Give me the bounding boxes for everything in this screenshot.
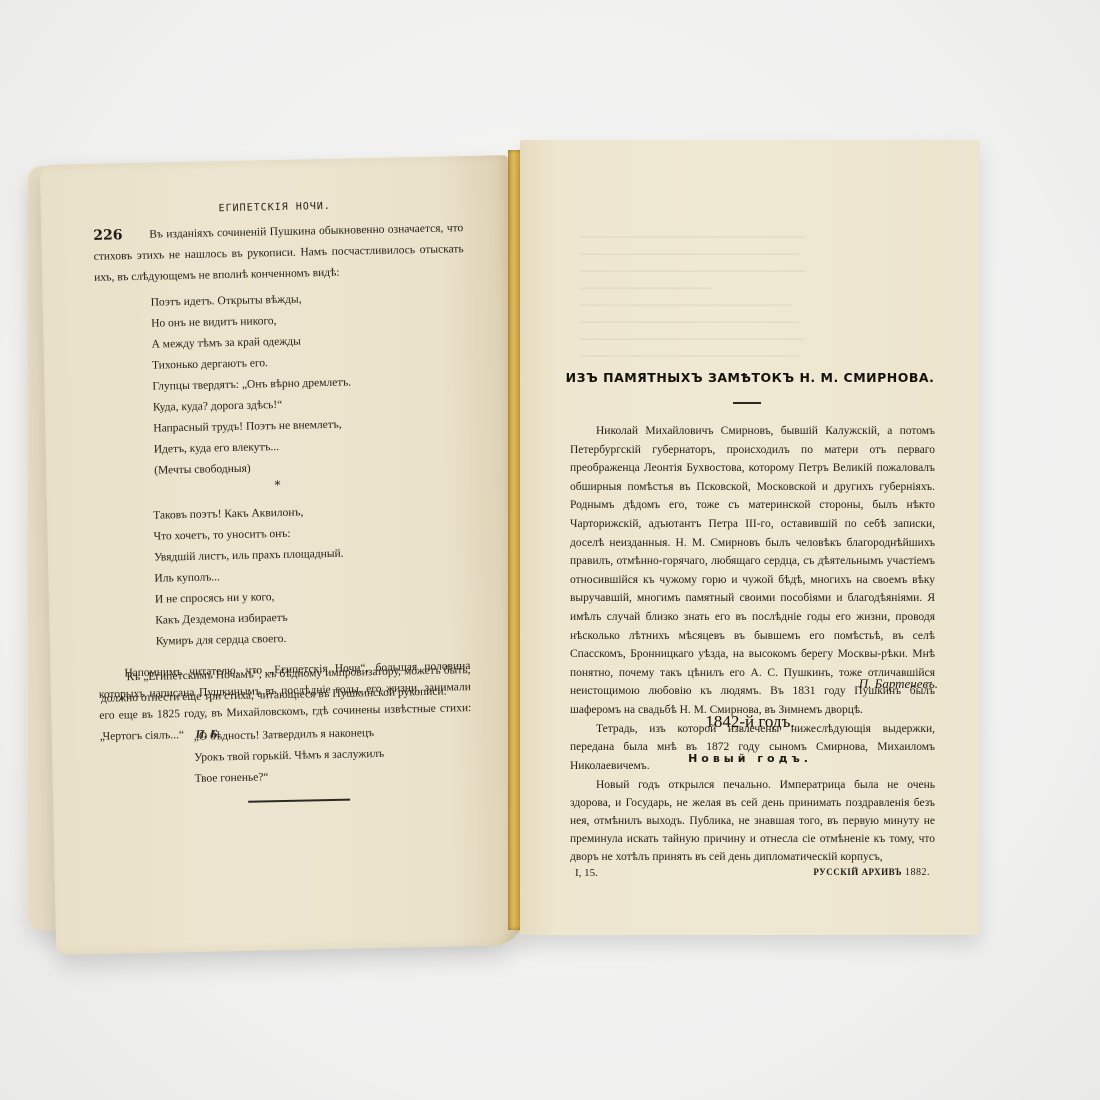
journal-year: 1882. [905, 867, 930, 878]
right-page: ИЗЪ ПАМЯТНЫХЪ ЗАМѢТОКЪ Н. М. СМИРНОВА. Н… [520, 140, 980, 935]
closing-paragraph: Напомнимъ читателю, что „Египетскія Ночи… [98, 656, 472, 748]
editor-signature: П. Бартеневъ. [859, 676, 938, 692]
intro-paragraph-1: Николай Михайловичъ Смирновъ, бывшій Кал… [570, 422, 935, 720]
section-paragraph: Новый годъ открылся печально. Императриц… [570, 776, 935, 866]
signature-mark: I, 15. [575, 867, 598, 879]
title-rule [733, 402, 761, 404]
end-rule [248, 799, 350, 803]
journal-footer: РУССКІЙ АРХИВЪ 1882. [813, 867, 930, 878]
journal-name: РУССКІЙ АРХИВЪ [813, 867, 902, 877]
section-heading: Новый годъ. [520, 752, 980, 765]
year-heading: 1842-й годъ. [520, 712, 980, 732]
closing-signature: П. Б. [195, 728, 220, 741]
article-title: ИЗЪ ПАМЯТНЫХЪ ЗАМѢТОКЪ Н. М. СМИРНОВА. [520, 370, 980, 385]
left-page-lower: Напомнимъ читателю, что „Египетскія Ночи… [40, 155, 524, 955]
